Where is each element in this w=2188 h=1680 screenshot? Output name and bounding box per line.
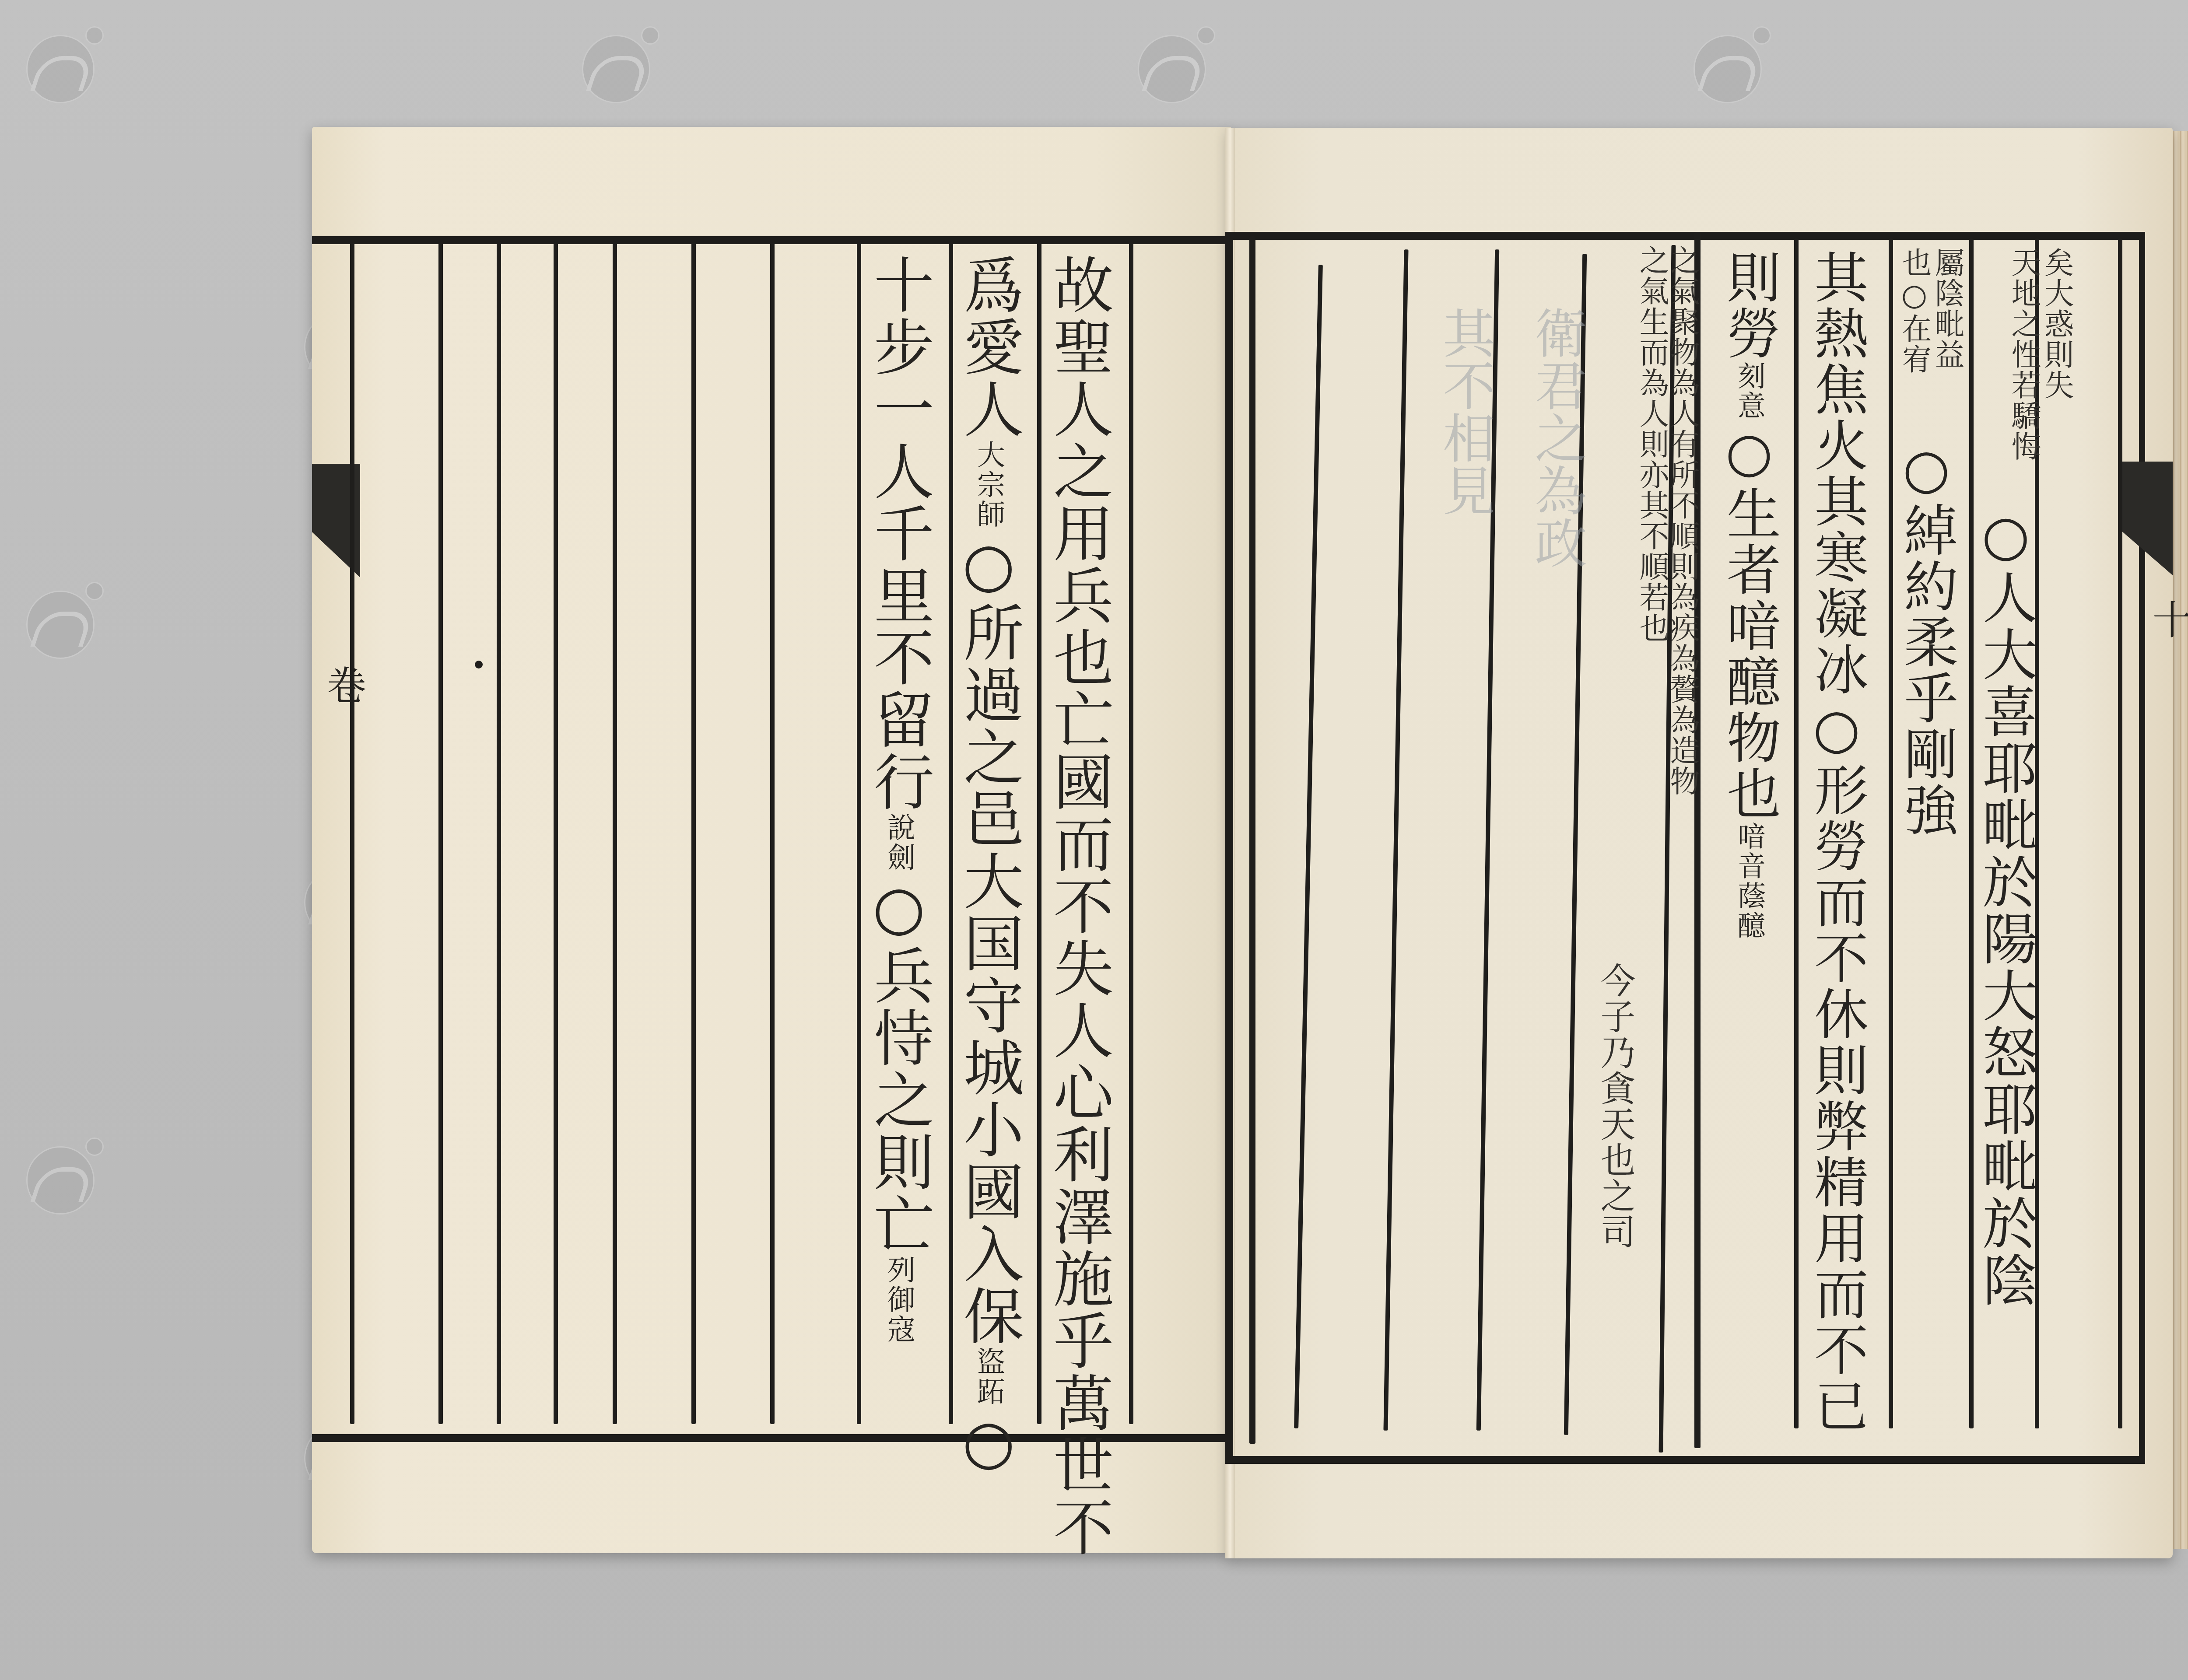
text-column-R5b: 之氣生而為人則亦其不順若也	[1637, 245, 1666, 643]
ink-dot	[475, 661, 483, 668]
annotation: 喑音蔭醷	[1733, 822, 1765, 941]
column-rule	[2118, 238, 2122, 1428]
column-rule	[497, 243, 501, 1424]
column-text: 之氣生而為人則亦其不順若也	[1634, 245, 1669, 643]
column-text: 爲愛人	[954, 254, 1024, 440]
column-text: 十步一人千里不留行	[864, 254, 934, 813]
column-text: ○兵恃之則亡	[864, 872, 934, 1255]
text-column-R2b: 也○在宥	[1899, 247, 1929, 374]
column-text: 也○在宥	[1897, 247, 1932, 374]
column-rule	[1794, 238, 1799, 1428]
column-rule	[1969, 238, 1974, 1428]
column-rule	[1249, 236, 1255, 1444]
text-column-R1: 矣大惑則失	[2041, 247, 2071, 400]
column-text: ○人大喜耶毗於陽大怒耶毗於陰	[1974, 503, 2038, 1309]
column-rule	[1889, 238, 1893, 1428]
text-column-R6: 今子乃貪天也之司	[1597, 962, 1632, 1249]
text-column-R2a: 屬陰毗益	[1932, 247, 1962, 370]
annotation: 盜跖	[972, 1347, 1005, 1407]
column-rule	[949, 243, 953, 1424]
text-column-R5a: 之氣聚物為人有所不順則為疾為贅為造物	[1667, 245, 1697, 796]
column-text: 其熱焦火其寒凝冰○形勞而不休則弊精用而不已	[1805, 249, 1868, 1434]
text-column-R1-main: ○人大喜耶毗於陽大怒耶毗於陰	[1978, 503, 2033, 1309]
text-column-R2-main: ○綽約柔乎剛強	[1899, 437, 1953, 838]
left-tab-label: 卷	[314, 665, 371, 704]
text-column-L3: 十步一人千里不留行說劍○兵恃之則亡列御寇	[869, 254, 929, 1344]
column-text: 今子乃貪天也之司	[1595, 962, 1635, 1249]
column-text: 故聖人之用兵也亡國而不失人心利澤施乎萬世不	[1043, 254, 1114, 1558]
annotation: 列御寇	[883, 1255, 915, 1344]
column-rule	[438, 243, 443, 1424]
text-column-R1b: 天地之性若驕悔	[2009, 247, 2038, 462]
column-text: 天地之性若驕悔	[2006, 247, 2041, 462]
text-column-R3: 其熱焦火其寒凝冰○形勞而不休則弊精用而不已	[1809, 249, 1864, 1434]
text-column-L2: 爲愛人大宗師○所過之邑大国守城小國入保盜跖○	[958, 254, 1019, 1479]
column-rule	[350, 243, 354, 1424]
show-through-text: 衛君之為政	[1518, 306, 1594, 569]
column-text: ○生者喑醷物也	[1718, 421, 1781, 822]
column-text: 屬陰毗益	[1930, 247, 1964, 370]
column-text: ○綽約柔乎剛強	[1895, 437, 1958, 838]
column-rule	[1037, 243, 1041, 1424]
text-column-R4: 則勞刻意○生者喑醷物也喑音蔭醷	[1722, 249, 1776, 941]
column-text: 則勞	[1718, 249, 1781, 361]
annotation: 大宗師	[972, 440, 1005, 529]
column-rule	[554, 243, 558, 1424]
text-column-L1: 故聖人之用兵也亡國而不失人心利澤施乎萬世不	[1048, 254, 1108, 1558]
page-edge-stack	[2170, 131, 2188, 1549]
column-rule	[1129, 243, 1133, 1424]
right-tab-label: 十	[2140, 599, 2188, 639]
column-rule	[613, 243, 617, 1424]
annotation: 說劍	[883, 813, 915, 872]
column-text: 矣大惑則失	[2039, 247, 2074, 400]
column-text: ○所過之邑大国守城小國入保	[954, 529, 1024, 1347]
column-rule	[691, 243, 696, 1424]
column-text: 之氣聚物為人有所不順則為疾為贅為造物	[1665, 245, 1700, 796]
annotation: 刻意	[1733, 361, 1765, 421]
column-rule	[770, 243, 775, 1424]
column-rule	[857, 243, 861, 1424]
column-text: ○	[954, 1407, 1024, 1479]
show-through-text: 其不相見	[1427, 306, 1502, 516]
